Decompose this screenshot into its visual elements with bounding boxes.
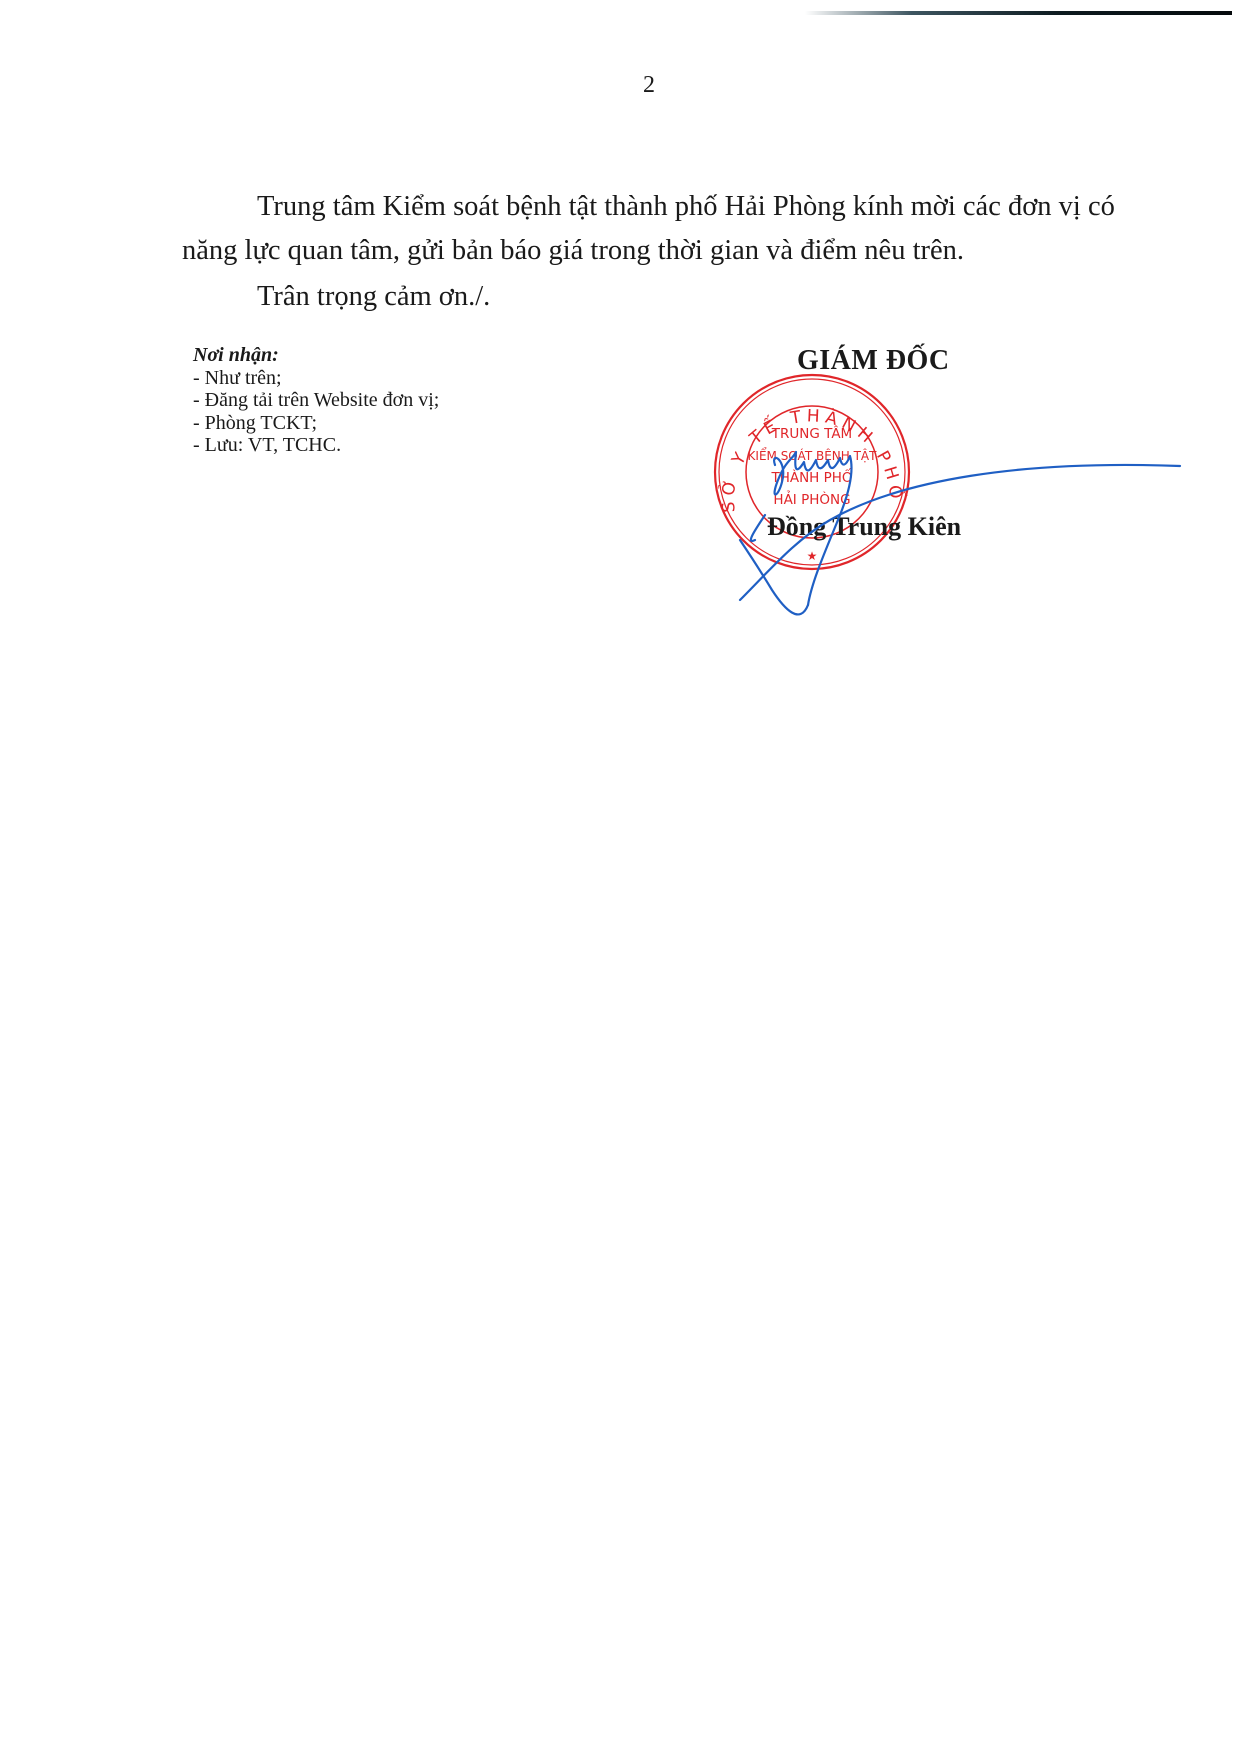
recipients-heading: Nơi nhận:: [193, 344, 439, 367]
body-paragraph-invitation: Trung tâm Kiểm soát bệnh tật thành phố H…: [182, 185, 1122, 273]
top-rule-divider: [805, 11, 1232, 15]
recipient-item: - Như trên;: [193, 367, 439, 390]
recipients-block: Nơi nhận: - Như trên; - Đăng tải trên We…: [193, 344, 439, 457]
recipient-item: - Đăng tải trên Website đơn vị;: [193, 389, 439, 412]
recipient-item: - Phòng TCKT;: [193, 412, 439, 435]
recipient-item: - Lưu: VT, TCHC.: [193, 434, 439, 457]
page-number: 2: [643, 72, 655, 99]
body-paragraph-closing: Trân trọng cảm ơn./.: [182, 275, 1122, 319]
handwritten-signature-icon: [700, 420, 1200, 630]
